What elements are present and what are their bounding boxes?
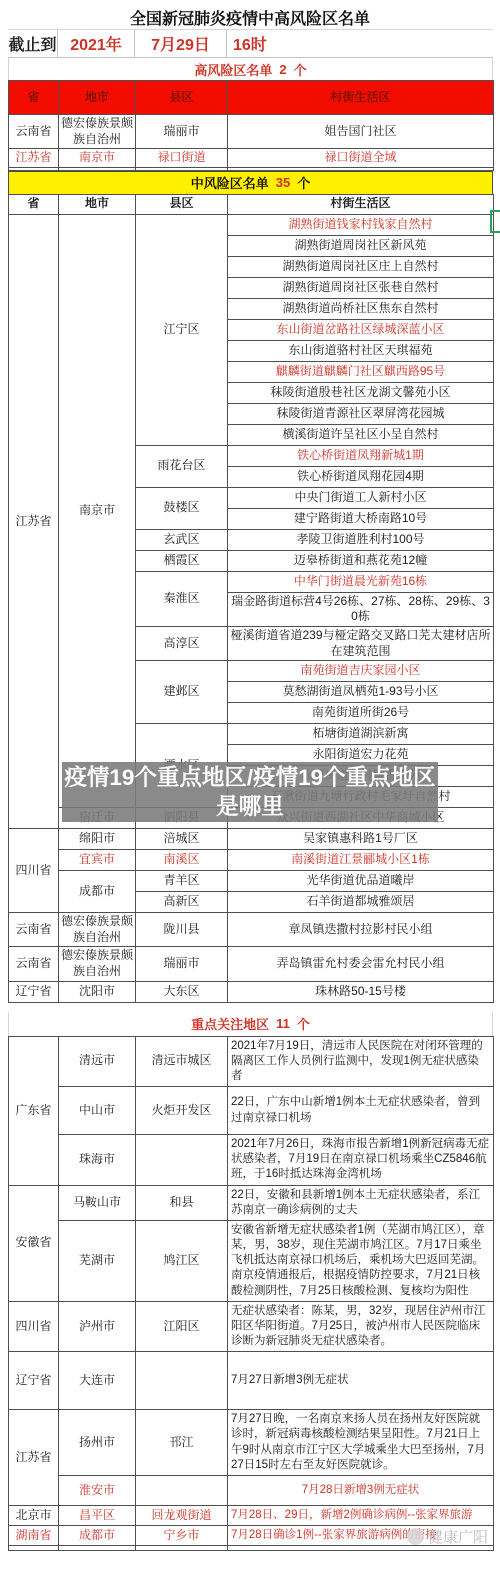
table-row: 珠海市2021年7月26日，珠海市报告新增1例新冠病毒无症状感染者，7月19日在…: [9, 1135, 494, 1186]
cell: 湖熟街道尚桥社区焦东自然村: [228, 298, 494, 319]
cell: 成都市: [59, 871, 136, 913]
table-row: 四川省绵阳市涪城区吴家镇惠科路1号厂区: [9, 829, 494, 850]
cell: [59, 1546, 136, 1551]
cell: 瑞丽市: [136, 947, 228, 981]
table-row: 成都市青羊区光华街道优品道曦岸: [9, 871, 494, 892]
cell: 7月27日新增3例无症状: [228, 1352, 494, 1410]
watermark-text: 健康广阳: [428, 1526, 488, 1547]
cell: 无症状感染者：陈某，男，32岁，现居住泸州市江阳区华阳街道。7月25日，被泸州市…: [228, 1301, 494, 1352]
cell: 铁心桥街道凤翔花园4期: [228, 466, 494, 487]
mid-risk-table: 省地市县区村街生活区江苏省南京市江宁区湖熟街道钱家村钱家自然村湖熟街道周岗社区新…: [8, 194, 494, 1003]
high-risk-count: 2: [279, 62, 286, 77]
cell: 禄口街道全域: [228, 149, 494, 168]
table-row: 省地市县区村街生活区: [9, 81, 494, 115]
focus-banner: 重点关注地区 11 个: [8, 1012, 493, 1036]
cell: 吴家镇惠科路1号厂区: [228, 829, 494, 850]
date-day: 7月29日: [135, 30, 227, 57]
table-row: 云南省德宏傣族景颇族自治州瑞丽市姐告国门社区: [9, 115, 494, 149]
cell: 江苏省: [9, 149, 59, 168]
cell: 涪城区: [136, 829, 228, 850]
cell: 宁乡市: [136, 1526, 228, 1546]
table-row: 北京市昌平区回龙观街道7月28日、29日，新增2例确诊病例--张家界旅游: [9, 1505, 494, 1525]
high-risk-banner: 高风险区名单 2 个: [8, 58, 493, 80]
cell: 四川省: [9, 829, 59, 913]
cell: 青羊区: [136, 871, 228, 892]
cell: 秣陵街道殷巷社区龙湖文馨苑小区: [228, 382, 494, 403]
cell: 大连市: [59, 1352, 136, 1410]
cell: 绵阳市: [59, 829, 136, 850]
table-row: 四川省泸州市江阳区无症状感染者：陈某，男，32岁，现居住泸州市江阳区华阳街道。7…: [9, 1301, 494, 1352]
cell: 安徽省新增无症状感染者1例（芜湖市鸠江区），章某，男，38岁，现住芜湖市鸠江区。…: [228, 1220, 494, 1301]
cell: 铁心桥街道凤翔新城1期: [228, 445, 494, 466]
date-label: 截止到: [8, 30, 58, 57]
header-cell: 省: [9, 81, 59, 115]
cell: [136, 1475, 228, 1505]
cell: 中央门街道工人新村小区: [228, 487, 494, 508]
cell: 扬州市: [59, 1410, 136, 1476]
table-row: 广东省清远市清远市城区2021年7月19日，清远市人民医院在对闭环管理的隔离区工…: [9, 1036, 494, 1087]
cell: 22日，广东中山新增1例本土无症状感染者，曾到过南京禄口机场: [228, 1087, 494, 1135]
cell: 东山街道岔路社区绿城深蓝小区: [228, 319, 494, 340]
cell: 南溪区: [136, 850, 228, 871]
cell: 广东省: [9, 1036, 59, 1185]
selection-marker: [490, 210, 500, 233]
cell: 莫愁湖街道凤栖苑1-93号小区: [228, 682, 494, 703]
high-risk-banner-label: 高风险区名单: [194, 60, 272, 79]
cell: 中华门街道晨光新苑16栋: [228, 571, 494, 592]
cell: 和县: [136, 1185, 228, 1220]
cell: 四川省: [9, 1301, 59, 1352]
cell: [136, 1546, 228, 1551]
focus-unit: 个: [297, 1014, 310, 1033]
cell: 中山市: [59, 1087, 136, 1135]
cell: 湖南省: [9, 1526, 59, 1546]
cell: 马鞍山市: [59, 1185, 136, 1220]
cell: 玄武区: [136, 529, 228, 550]
table-row: 省地市县区村街生活区: [9, 194, 494, 214]
cell: 7月27日晚，一名南京来扬人员在扬州友好医院就诊时，新冠病毒核酸检测结果呈阳性。…: [228, 1410, 494, 1476]
focus-banner-label: 重点关注地区: [191, 1014, 269, 1033]
cell: 珠林路50-15号楼: [228, 981, 494, 1002]
high-risk-table: 省地市县区村街生活区云南省德宏傣族景颇族自治州瑞丽市姐告国门社区江苏省南京市禄口…: [8, 80, 494, 171]
cell: 宜宾市: [59, 850, 136, 871]
cell: 芜湖市: [59, 1220, 136, 1301]
cell: 22日，安徽和县新增1例本土无症状感染者，系江苏南京一确诊病例的丈夫: [228, 1185, 494, 1220]
cell: 邗江: [136, 1410, 228, 1476]
cell: 火炬开发区: [136, 1087, 228, 1135]
mid-risk-banner: 中风险区名单 35 个: [8, 171, 493, 194]
cell: 建邺区: [136, 661, 228, 724]
title-bar: 全国新冠肺炎疫情中高风险区名单: [0, 0, 500, 29]
cell: 瑞丽市: [136, 115, 228, 149]
cell: [136, 1135, 228, 1186]
cell: 秣陵街道青源社区翠屏湾花园城: [228, 403, 494, 424]
cell: 高新区: [136, 892, 228, 913]
mid-risk-count: 35: [276, 175, 290, 190]
cell: 昌平区: [59, 1505, 136, 1525]
cell: 南京市: [59, 214, 136, 807]
header-cell: 村街生活区: [228, 194, 494, 214]
mid-risk-banner-label: 中风险区名单: [191, 173, 269, 192]
cell: 泸州市: [59, 1301, 136, 1352]
cell: 湖熟街道周岗社区张巷自然村: [228, 277, 494, 298]
cell: 桠溪街道省道239与桠定路交叉路口芜太建材店所在建筑范围: [228, 626, 494, 660]
cell: 光华街道优品道曦岸: [228, 871, 494, 892]
table-row: 安徽省马鞍山市和县22日，安徽和县新增1例本土无症状感染者，系江苏南京一确诊病例…: [9, 1185, 494, 1220]
section-gap: [0, 1003, 500, 1012]
cell: [9, 1546, 59, 1551]
cell: 石羊街道都城雅颂居: [228, 892, 494, 913]
table-row: 辽宁省沈阳市大东区珠林路50-15号楼: [9, 981, 494, 1002]
cell: 北京市: [9, 1505, 59, 1525]
cell: 秦淮区: [136, 571, 228, 626]
page-root: 全国新冠肺炎疫情中高风险区名单 截止到 2021年 7月29日 16时 高风险区…: [0, 0, 500, 1583]
cell: 弄岛镇雷允村委会雷允村民小组: [228, 947, 494, 981]
cell: [136, 1352, 228, 1410]
focus-table: 广东省清远市清远市城区2021年7月19日，清远市人民医院在对闭环管理的隔离区工…: [8, 1036, 494, 1552]
cell: 湖熟街道周岗社区庄上自然村: [228, 256, 494, 277]
table-row: 宜宾市南溪区南溪街道江景郦城小区1栋: [9, 850, 494, 871]
watermark: 健康广阳: [407, 1526, 488, 1547]
cell: 江苏省: [9, 214, 59, 828]
cell: 辽宁省: [9, 981, 59, 1002]
table-row: 中山市火炬开发区22日，广东中山新增1例本土无症状感染者，曾到过南京禄口机场: [9, 1087, 494, 1135]
cell: 南京市: [59, 149, 136, 168]
cell: 2021年7月26日，珠海市报告新增1例新冠病毒无症状感染者，7月19日在南京禄…: [228, 1135, 494, 1186]
cell: 清远市: [59, 1036, 136, 1087]
focus-count: 11: [276, 1016, 290, 1031]
cell: 云南省: [9, 913, 59, 947]
cell: 江宁区: [136, 214, 228, 445]
header-cell: 县区: [136, 194, 228, 214]
cell: 雨花台区: [136, 445, 228, 487]
cell: 淮安市: [59, 1475, 136, 1505]
overlay-caption: 疫情19个重点地区/疫情19个重点地区是哪里: [62, 762, 438, 822]
cell: 7月28日新增3例无症状: [228, 1475, 494, 1505]
header-cell: 县区: [136, 81, 228, 115]
cell: 迈皋桥街道和燕花苑12幢: [228, 550, 494, 571]
header-cell: 地市: [59, 194, 136, 214]
cell: 江苏省: [9, 1410, 59, 1506]
cell: 南苑街道所街26号: [228, 703, 494, 724]
cell: 珠海市: [59, 1135, 136, 1186]
page-title: 全国新冠肺炎疫情中高风险区名单: [130, 10, 370, 29]
header-cell: 省: [9, 194, 59, 214]
cell: 柘塘街道湖滨新寓: [228, 724, 494, 745]
date-time: 16时: [227, 30, 493, 57]
cell: 建宁路街道大桥南路10号: [228, 508, 494, 529]
cell: 陇川县: [136, 913, 228, 947]
cell: 鸠江区: [136, 1220, 228, 1301]
header-cell: 地市: [59, 81, 136, 115]
cell: 高淳区: [136, 626, 228, 660]
date-row: 截止到 2021年 7月29日 16时: [8, 29, 493, 58]
cell: 鼓楼区: [136, 487, 228, 529]
table-row: 云南省德宏傣族景颇族自治州陇川县章凤镇迭撒村拉影村民小组: [9, 913, 494, 947]
table-row: 淮安市7月28日新增3例无症状: [9, 1475, 494, 1505]
cell: 安徽省: [9, 1185, 59, 1301]
cell: 禄口街道: [136, 149, 228, 168]
table-row: 江苏省南京市江宁区湖熟街道钱家村钱家自然村: [9, 214, 494, 235]
cell: 云南省: [9, 115, 59, 149]
cell: 云南省: [9, 947, 59, 981]
cell: 清远市城区: [136, 1036, 228, 1087]
cell: 瑞金路街道标营4号26栋、27栋、28栋、29栋、30栋: [228, 592, 494, 626]
cell: 湖熟街道钱家村钱家自然村: [228, 214, 494, 235]
cell: 东山街道骆村社区天琪福苑: [228, 340, 494, 361]
cell: 南溪街道江景郦城小区1栋: [228, 850, 494, 871]
date-year: 2021年: [58, 30, 135, 57]
cell: 回龙观街道: [136, 1505, 228, 1525]
watermark-logo-icon: [407, 1528, 424, 1545]
cell: 麒麟街道麒麟门社区麒西路95号: [228, 361, 494, 382]
mid-risk-unit: 个: [297, 173, 310, 192]
cell: 孝陵卫街道胜利村100号: [228, 529, 494, 550]
cell: 章凤镇迭撒村拉影村民小组: [228, 913, 494, 947]
table-row: 江苏省南京市禄口街道禄口街道全域: [9, 149, 494, 168]
cell: 南苑街道吉庆家园小区: [228, 661, 494, 682]
high-risk-unit: 个: [294, 60, 307, 79]
table-row: 江苏省扬州市邗江7月27日晚，一名南京来扬人员在扬州友好医院就诊时，新冠病毒核酸…: [9, 1410, 494, 1476]
table-row: 辽宁省大连市7月27日新增3例无症状: [9, 1352, 494, 1410]
cell: 大东区: [136, 981, 228, 1002]
cell: 德宏傣族景颇族自治州: [59, 115, 136, 149]
table-row: 芜湖市鸠江区安徽省新增无症状感染者1例（芜湖市鸠江区），章某，男，38岁，现住芜…: [9, 1220, 494, 1301]
cell: 横溪街道许呈社区小呈自然村: [228, 424, 494, 445]
cell: 成都市: [59, 1526, 136, 1546]
header-cell: 村街生活区: [228, 81, 494, 115]
cell: 湖熟街道周岗社区新风苑: [228, 235, 494, 256]
cell: 沈阳市: [59, 981, 136, 1002]
cell: 2021年7月19日，清远市人民医院在对闭环管理的隔离区工作人员例行监测中，发现…: [228, 1036, 494, 1087]
cell: 德宏傣族景颇族自治州: [59, 913, 136, 947]
cell: 姐告国门社区: [228, 115, 494, 149]
cell: 德宏傣族景颇族自治州: [59, 947, 136, 981]
table-row: 云南省德宏傣族景颇族自治州瑞丽市弄岛镇雷允村委会雷允村民小组: [9, 947, 494, 981]
cell: 7月28日、29日，新增2例确诊病例--张家界旅游: [228, 1505, 494, 1525]
cell: 江阳区: [136, 1301, 228, 1352]
cell: 栖霞区: [136, 550, 228, 571]
cell: 辽宁省: [9, 1352, 59, 1410]
